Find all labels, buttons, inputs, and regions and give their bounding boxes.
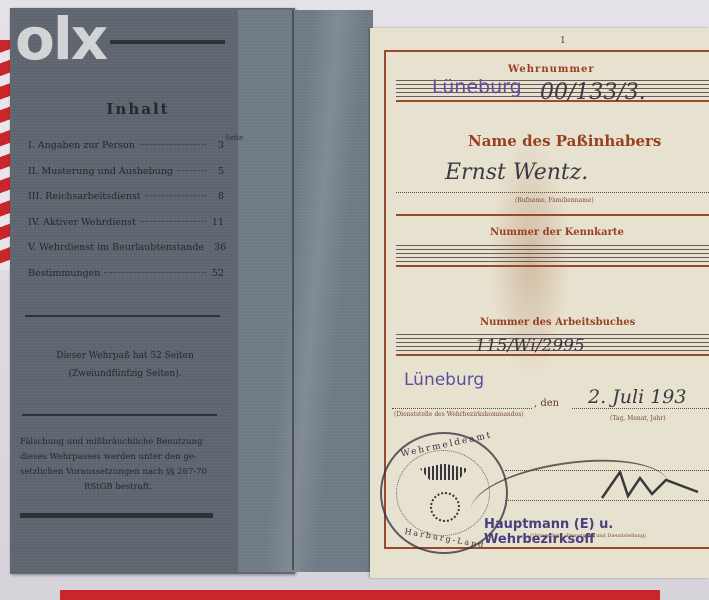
date-caption: (Tag, Monat, Jahr): [610, 415, 666, 422]
place-stamp: Lüneburg: [404, 370, 484, 390]
top-rule: [110, 40, 225, 44]
wehrnummer-label: Wehrnummer: [508, 64, 595, 75]
date-value: 2. Juli 193: [588, 386, 686, 408]
section-rule: [396, 214, 709, 216]
toc-row: IV. Aktiver Wehrdienst11: [28, 217, 224, 243]
divider: [22, 414, 217, 416]
wehrnummer-value: 00/133/3.: [540, 80, 646, 105]
toc-label: V. Wehrdienst im Beurlaubtenstande: [28, 242, 204, 253]
toc-row: III. Reichsarbeitsdienst8: [28, 191, 224, 217]
leader-dots: [145, 195, 206, 196]
warning-line: dieses Wehrpasses werden unter den ge-: [20, 450, 216, 465]
olx-watermark: olx: [15, 5, 106, 73]
note-line: Dieser Wehrpaß hat 52 Seiten: [30, 347, 220, 365]
leader-dots: [139, 144, 206, 145]
signature-line-2: [505, 500, 709, 501]
wehrnummer-stamp: Lüneburg: [432, 76, 522, 98]
red-cloth-bottom: [60, 590, 660, 600]
flap-edge: [292, 10, 294, 570]
leader-dots: [104, 272, 206, 273]
toc-label: III. Reichsarbeitsdienst: [28, 191, 141, 202]
warning-line: setzlichen Voraussetzungen nach §§ 267-7…: [20, 465, 216, 480]
leader-dots: [177, 170, 206, 171]
toc-page: 11: [210, 217, 224, 228]
leader-dots: [140, 221, 206, 222]
toc-page: 52: [210, 268, 224, 279]
place-caption: (Dienststelle des Wehrbezirkskommandos): [394, 411, 524, 418]
toc-row: I. Angaben zur Person3: [28, 140, 224, 166]
toc-label: Bestimmungen: [28, 268, 100, 279]
table-of-contents: I. Angaben zur Person3 II. Musterung und…: [28, 140, 224, 293]
cover-flap: [238, 10, 373, 572]
page-number: 1: [560, 36, 566, 46]
toc-page: 8: [210, 191, 224, 202]
kennkarte-lines: [396, 245, 709, 267]
signature-caption: (Unterschrift, Dienstgrad und Dienststel…: [530, 533, 646, 539]
signature-icon: [600, 470, 700, 500]
signature-line: [505, 470, 709, 471]
name-value: Ernst Wentz.: [445, 160, 588, 185]
name-line: [396, 192, 709, 193]
arbeitsbuch-label: Nummer des Arbeitsbuches: [480, 317, 635, 328]
place-line: [392, 408, 532, 409]
arbeitsbuch-value: 115/Wi/2995: [475, 336, 585, 356]
toc-label: IV. Aktiver Wehrdienst: [28, 217, 136, 228]
toc-row: II. Musterung und Aushebung5: [28, 166, 224, 192]
wreath-emblem-icon: [430, 492, 460, 522]
contents-title: Inhalt: [88, 100, 188, 118]
rank-stamp: Hauptmann (E) u. Wehrbezirksoff: [484, 517, 709, 547]
toc-row: V. Wehrdienst im Beurlaubtenstande36: [28, 242, 224, 268]
warning-line: RStGB bestraft.: [20, 480, 216, 495]
toc-label: I. Angaben zur Person: [28, 140, 135, 151]
date-line: [572, 408, 709, 409]
page-column-header: Seite: [225, 134, 243, 142]
bottom-rule: [20, 513, 213, 518]
divider: [25, 315, 220, 317]
toc-page: 5: [210, 166, 224, 177]
toc-label: II. Musterung und Aushebung: [28, 166, 173, 177]
name-label: Name des Paßinhabers: [468, 132, 661, 150]
note-line: (Zweiundfünfzig Seiten).: [30, 365, 220, 383]
kennkarte-label: Nummer der Kennkarte: [490, 227, 624, 238]
toc-page: 36: [212, 242, 226, 253]
page-count-note: Dieser Wehrpaß hat 52 Seiten (Zweiundfün…: [30, 347, 220, 383]
warning-line: Fälschung und mißbräuchliche Benutzung: [20, 435, 216, 450]
den-label: , den: [534, 398, 559, 409]
toc-row: Bestimmungen52: [28, 268, 224, 294]
toc-page: 3: [210, 140, 224, 151]
legal-warning: Fälschung und mißbräuchliche Benutzung d…: [20, 435, 216, 495]
name-caption: (Rufname, Familienname): [515, 197, 594, 204]
watermark-text: olx: [15, 5, 106, 73]
